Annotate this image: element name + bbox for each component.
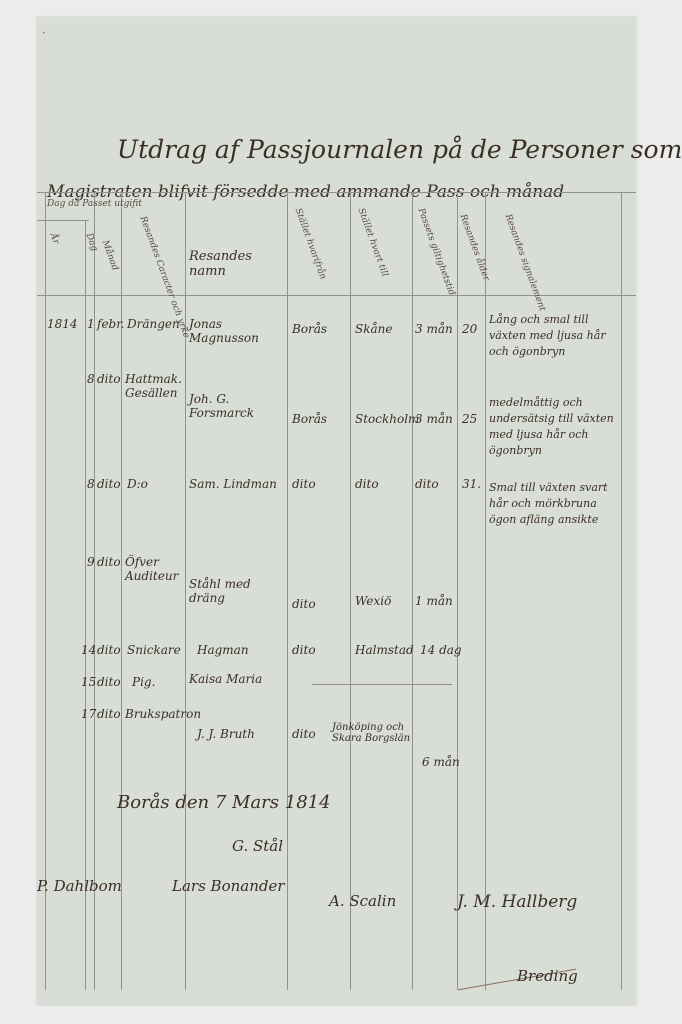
cell-till: Wexiö [355, 594, 391, 608]
col-rule [485, 192, 486, 990]
cell-till: dito [355, 477, 379, 491]
signature: J. M. Hallberg [457, 892, 577, 912]
corner-mark: ˎ [42, 23, 45, 34]
cell-namn: Joh. G. Forsmarck [189, 392, 284, 420]
header-passet: Dag då Passet utgifit [47, 199, 142, 209]
cell-yrke: D:o [127, 477, 148, 491]
cell-alder: 31. [462, 477, 481, 491]
header-beskrifning: Resandes signalement [503, 213, 547, 313]
cell-till: Jönköping och Skara Borgslän [332, 722, 412, 744]
header-top-rule [37, 192, 636, 193]
cell-till: Halmstad [355, 643, 414, 657]
cell-manad: dito [97, 675, 121, 689]
header-till: Stället hvart till [356, 207, 390, 278]
cell-dag: 14 [81, 643, 96, 657]
col-rule [350, 192, 351, 990]
col-rule [85, 220, 86, 990]
cell-yrke: Öfver Auditeur [125, 555, 185, 583]
cell-alder: 25 [462, 412, 477, 426]
cell-namn: Ståhl med dräng [189, 577, 284, 605]
cell-dag: 1 [87, 317, 95, 331]
cell-manad: dito [97, 372, 121, 386]
cell-dag: 17 [81, 707, 96, 721]
header-manad: Månad [100, 239, 120, 272]
cell-yrke: Hattmak. Gesällen [125, 372, 185, 400]
title-line-1: Utdrag af Passjournalen på de Personer s… [117, 135, 682, 164]
col-rule [621, 192, 622, 990]
signature: Lars Bonander [172, 877, 285, 895]
cell-dag: 15 [81, 675, 96, 689]
cell-tid: 6 mån [422, 755, 460, 769]
col-rule [94, 192, 95, 990]
cell-manad: dito [97, 707, 121, 721]
cell-alder: 20 [462, 322, 477, 336]
header-ar: År [48, 232, 61, 246]
cell-fran: Borås [292, 322, 327, 336]
cell-tid: 3 mån [415, 322, 453, 336]
cell-manad: dito [97, 555, 121, 569]
col-rule [45, 192, 46, 990]
cell-namn: Sam. Lindman [189, 477, 277, 491]
header-fran: Stället hvarifrån [293, 207, 328, 281]
cell-tid: 1 mån [415, 594, 453, 608]
header-tid: Passets giltighetstid [416, 207, 457, 297]
cell-yrke: Drängen [127, 317, 180, 331]
cell-namn: Kaisa Maria [189, 672, 262, 686]
col-rule [412, 192, 413, 990]
cell-manad: febr. [97, 317, 124, 331]
signature: A. Scalin [329, 892, 396, 910]
col-rule [185, 192, 186, 990]
col-rule [457, 192, 458, 990]
signature: G. Stål [232, 837, 283, 855]
cell-fran: dito [292, 597, 316, 611]
blank-dash [312, 684, 452, 685]
cell-dag: 8 [87, 372, 95, 386]
cell-fran: dito [292, 477, 316, 491]
cell-yrke: Snickare [127, 643, 181, 657]
header-bottom-rule [37, 295, 636, 296]
cell-dag: 8 [87, 477, 95, 491]
place-date: Borås den 7 Mars 1814 [117, 792, 331, 813]
cell-manad: dito [97, 643, 121, 657]
cell-yrke: Pig. [132, 675, 155, 689]
cell-till: Skåne [355, 322, 392, 336]
cell-beskrifning: Lång och smal till växten med ljusa hår … [489, 312, 619, 360]
cell-tid: dito [415, 477, 439, 491]
cell-namn: J. J. Bruth [197, 727, 255, 741]
cell-yrke: Brukspatron [125, 707, 185, 721]
cell-namn: Jonas Magnusson [189, 317, 284, 345]
col-rule [121, 192, 122, 990]
cell-beskrifning: medelmåttig och undersätsig till växten … [489, 395, 619, 459]
cell-ar: 1814 [47, 317, 78, 331]
cell-tid: 3 mån [415, 412, 453, 426]
signature: P. Dahlbom [37, 877, 122, 895]
cell-beskrifning: Smal till växten svart hår och mörkbruna… [489, 480, 619, 528]
signature: Breding [517, 967, 578, 985]
document-page: ˎ Utdrag af Passjournalen på de Personer… [37, 17, 636, 1005]
cell-namn: Hagman [197, 643, 249, 657]
col-rule [287, 192, 288, 990]
cell-fran: dito [292, 643, 316, 657]
cell-fran: dito [292, 727, 316, 741]
cell-fran: Borås [292, 412, 327, 426]
cell-manad: dito [97, 477, 121, 491]
header-namn: Resandes namn [189, 249, 269, 279]
cell-till: Stockholm [355, 412, 419, 426]
cell-dag: 9 [87, 555, 95, 569]
cell-tid: 14 dag [420, 643, 462, 657]
